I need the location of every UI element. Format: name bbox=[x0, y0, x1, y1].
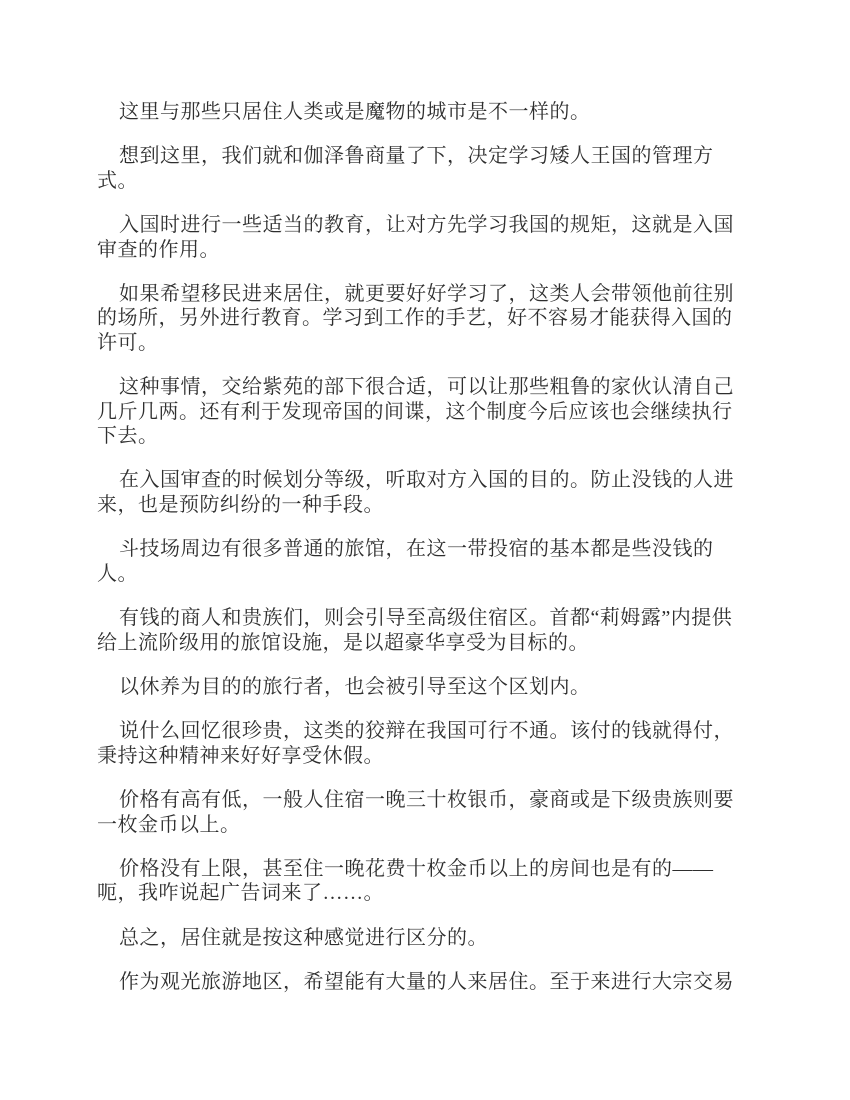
text-line: 人。 bbox=[97, 562, 752, 586]
text-line: 想到这里，我们就和伽泽鲁商量了下，决定学习矮人王国的管理方 bbox=[97, 144, 752, 168]
text-line: 价格有高有低，一般人住宿一晚三十枚银币，豪商或是下级贵族则要 bbox=[97, 788, 752, 812]
paragraph: 斗技场周边有很多普通的旅馆，在这一带投宿的基本都是些没钱的人。 bbox=[97, 537, 752, 586]
text-line: 来，也是预防纠纷的一种手段。 bbox=[97, 493, 752, 517]
text-line: 下去。 bbox=[97, 424, 752, 448]
text-line: 以休养为目的的旅行者，也会被引导至这个区划内。 bbox=[97, 675, 752, 699]
paragraph: 有钱的商人和贵族们，则会引导至高级住宿区。首都“莉姆露”内提供给上流阶级用的旅馆… bbox=[97, 606, 752, 655]
paragraph: 价格有高有低，一般人住宿一晚三十枚银币，豪商或是下级贵族则要一枚金币以上。 bbox=[97, 788, 752, 837]
text-line: 审查的作用。 bbox=[97, 238, 752, 262]
text-line: 价格没有上限，甚至住一晚花费十枚金币以上的房间也是有的—— bbox=[97, 857, 752, 881]
paragraph: 作为观光旅游地区，希望能有大量的人来居住。至于来进行大宗交易 bbox=[97, 970, 752, 994]
text-line: 入国时进行一些适当的教育，让对方先学习我国的规矩，这就是入国 bbox=[97, 213, 752, 237]
text-line: 斗技场周边有很多普通的旅馆，在这一带投宿的基本都是些没钱的 bbox=[97, 537, 752, 561]
text-line: 呃，我咋说起广告词来了……。 bbox=[97, 881, 752, 905]
text-line: 给上流阶级用的旅馆设施，是以超豪华享受为目标的。 bbox=[97, 631, 752, 655]
text-line: 的场所，另外进行教育。学习到工作的手艺，好不容易才能获得入国的 bbox=[97, 306, 752, 330]
text-line: 如果希望移民进来居住，就更要好好学习了，这类人会带领他前往别 bbox=[97, 282, 752, 306]
paragraph: 在入国审查的时候划分等级，听取对方入国的目的。防止没钱的人进来，也是预防纠纷的一… bbox=[97, 468, 752, 517]
text-line: 在入国审查的时候划分等级，听取对方入国的目的。防止没钱的人进 bbox=[97, 468, 752, 492]
text-line: 这种事情，交给紫苑的部下很合适，可以让那些粗鲁的家伙认清自己 bbox=[97, 375, 752, 399]
text-content: 这里与那些只居住人类或是魔物的城市是不一样的。想到这里，我们就和伽泽鲁商量了下，… bbox=[97, 100, 752, 995]
text-line: 这里与那些只居住人类或是魔物的城市是不一样的。 bbox=[97, 100, 752, 124]
text-line: 有钱的商人和贵族们，则会引导至高级住宿区。首都“莉姆露”内提供 bbox=[97, 606, 752, 630]
text-line: 总之，居住就是按这种感觉进行区分的。 bbox=[97, 926, 752, 950]
paragraph: 总之，居住就是按这种感觉进行区分的。 bbox=[97, 926, 752, 950]
text-line: 一枚金币以上。 bbox=[97, 813, 752, 837]
text-line: 几斤几两。还有利于发现帝国的间谍，这个制度今后应该也会继续执行 bbox=[97, 400, 752, 424]
text-line: 作为观光旅游地区，希望能有大量的人来居住。至于来进行大宗交易 bbox=[97, 970, 752, 994]
paragraph: 这里与那些只居住人类或是魔物的城市是不一样的。 bbox=[97, 100, 752, 124]
paragraph: 以休养为目的的旅行者，也会被引导至这个区划内。 bbox=[97, 675, 752, 699]
document-page: 这里与那些只居住人类或是魔物的城市是不一样的。想到这里，我们就和伽泽鲁商量了下，… bbox=[0, 0, 850, 1100]
text-line: 式。 bbox=[97, 169, 752, 193]
paragraph: 说什么回忆很珍贵，这类的狡辩在我国可行不通。该付的钱就得付，秉持这种精神来好好享… bbox=[97, 719, 752, 768]
paragraph: 价格没有上限，甚至住一晚花费十枚金币以上的房间也是有的——呃，我咋说起广告词来了… bbox=[97, 857, 752, 906]
text-line: 说什么回忆很珍贵，这类的狡辩在我国可行不通。该付的钱就得付， bbox=[97, 719, 752, 743]
text-line: 秉持这种精神来好好享受休假。 bbox=[97, 744, 752, 768]
text-line: 许可。 bbox=[97, 331, 752, 355]
paragraph: 入国时进行一些适当的教育，让对方先学习我国的规矩，这就是入国审查的作用。 bbox=[97, 213, 752, 262]
paragraph: 这种事情，交给紫苑的部下很合适，可以让那些粗鲁的家伙认清自己几斤几两。还有利于发… bbox=[97, 375, 752, 448]
paragraph: 想到这里，我们就和伽泽鲁商量了下，决定学习矮人王国的管理方式。 bbox=[97, 144, 752, 193]
paragraph: 如果希望移民进来居住，就更要好好学习了，这类人会带领他前往别的场所，另外进行教育… bbox=[97, 282, 752, 355]
